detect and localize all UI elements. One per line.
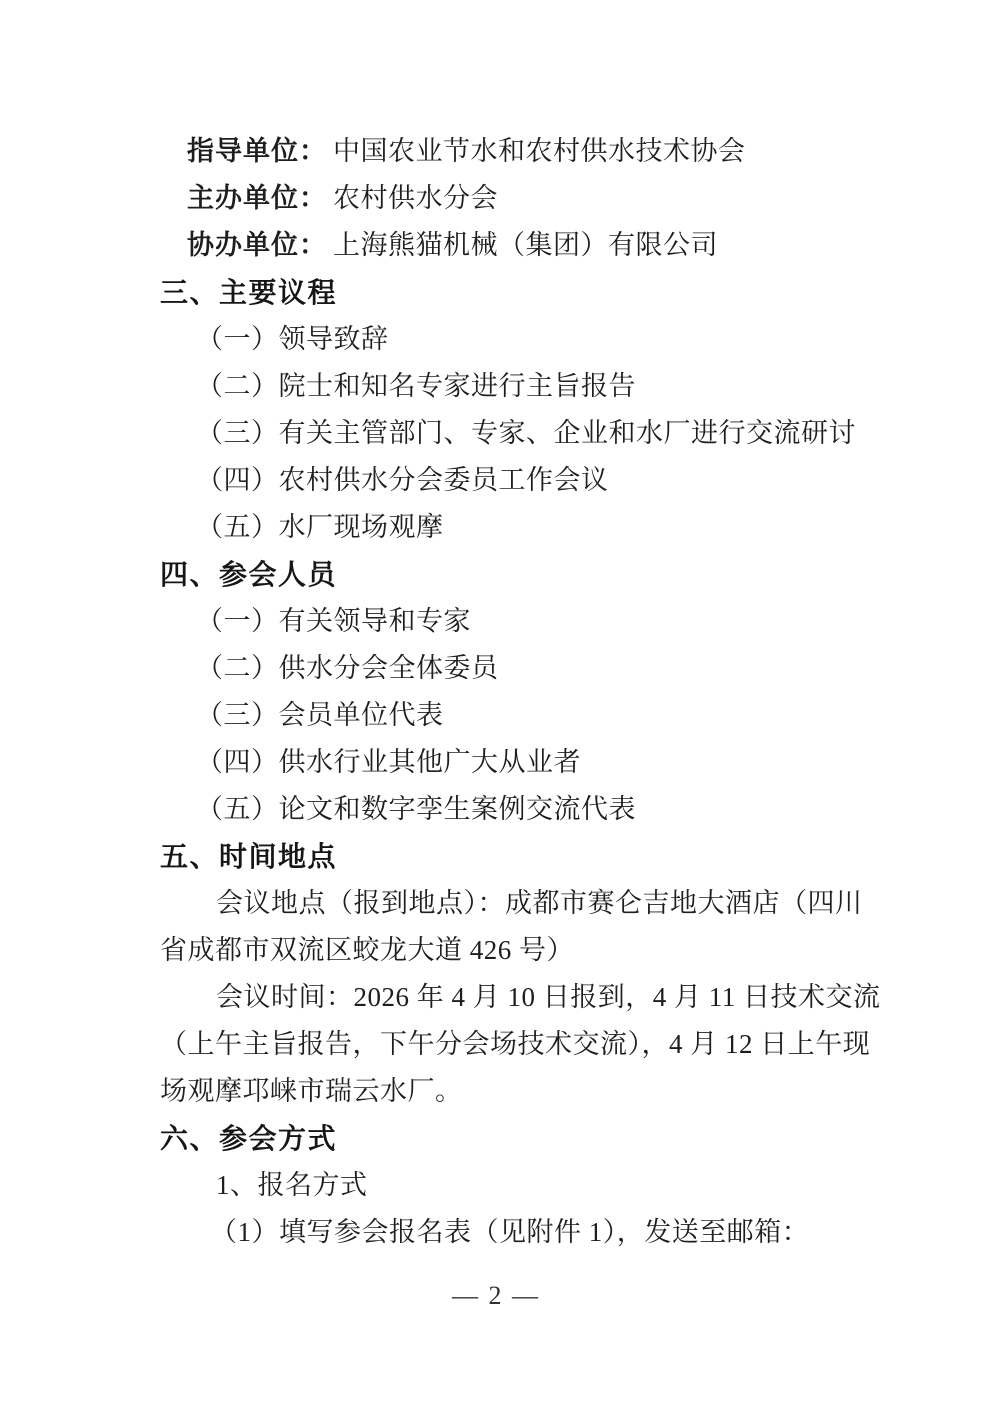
venue-line-2: 省成都市双流区蛟龙大道 426 号） (160, 927, 860, 974)
participant-item-3: （三）会员单位代表 (160, 692, 860, 739)
participant-item-5: （五）论文和数字孪生案例交流代表 (160, 786, 860, 833)
registration-step-line: （1）填写参会报名表（见附件 1），发送至邮箱： (160, 1209, 860, 1256)
page-footer: — 2 — (0, 1281, 992, 1311)
agenda-item-5: （五）水厂现场观摩 (160, 504, 860, 551)
agenda-item-1: （一）领导致辞 (160, 316, 860, 363)
co-organizer-line: 协办单位：上海熊猫机械（集团）有限公司 (160, 222, 860, 269)
organizer-label: 主办单位： (187, 183, 327, 213)
registration-method-line: 1、报名方式 (160, 1162, 860, 1209)
document-body: 指导单位：中国农业节水和农村供水技术协会主办单位：农村供水分会协办单位：上海熊猫… (160, 128, 860, 1256)
organizer-value: 中国农业节水和农村供水技术协会 (333, 136, 746, 166)
time-line-3: 场观摩邛崃市瑞云水厂。 (160, 1068, 860, 1115)
section-registration-heading: 六、参会方式 (160, 1115, 860, 1162)
participant-item-1: （一）有关领导和专家 (160, 598, 860, 645)
venue-line-1: 会议地点（报到地点）：成都市赛仑吉地大酒店（四川 (160, 880, 860, 927)
organizer-value: 农村供水分会 (333, 183, 498, 213)
agenda-item-2: （二）院士和知名专家进行主旨报告 (160, 363, 860, 410)
organizer-value: 上海熊猫机械（集团）有限公司 (333, 230, 718, 260)
document-page: 指导单位：中国农业节水和农村供水技术协会主办单位：农村供水分会协办单位：上海熊猫… (0, 0, 992, 1403)
section-agenda-heading: 三、主要议程 (160, 269, 860, 316)
participant-item-2: （二）供水分会全体委员 (160, 645, 860, 692)
section-participants-heading: 四、参会人员 (160, 551, 860, 598)
host-unit-line: 主办单位：农村供水分会 (160, 175, 860, 222)
page-number: — 2 — (452, 1281, 540, 1310)
guiding-unit-line: 指导单位：中国农业节水和农村供水技术协会 (160, 128, 860, 175)
participant-item-4: （四）供水行业其他广大从业者 (160, 739, 860, 786)
organizer-label: 指导单位： (187, 136, 327, 166)
time-line-1: 会议时间：2026 年 4 月 10 日报到，4 月 11 日技术交流 (160, 974, 860, 1021)
time-line-2: （上午主旨报告，下午分会场技术交流），4 月 12 日上午现 (160, 1021, 860, 1068)
section-time-place-heading: 五、时间地点 (160, 833, 860, 880)
organizer-label: 协办单位： (187, 230, 327, 260)
agenda-item-4: （四）农村供水分会委员工作会议 (160, 457, 860, 504)
agenda-item-3: （三）有关主管部门、专家、企业和水厂进行交流研讨 (160, 410, 860, 457)
